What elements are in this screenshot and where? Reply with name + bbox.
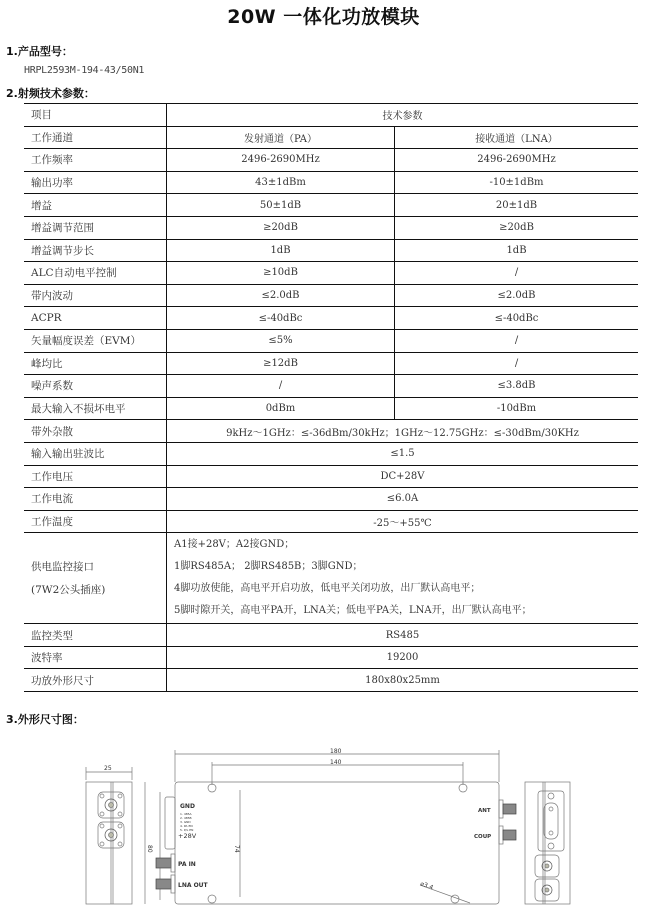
row-pa-value: 50±1dB bbox=[167, 194, 395, 217]
row-label: 输入输出驻波比 bbox=[24, 442, 167, 465]
port-label-ant: ANT bbox=[478, 808, 491, 814]
row-lna-value: 2496-2690MHz bbox=[395, 149, 639, 172]
row-lna-value: 20±1dB bbox=[395, 194, 639, 217]
row-lna-value: ≤2.0dB bbox=[395, 284, 639, 307]
row-pa-value: ≤5% bbox=[167, 329, 395, 352]
table-row-merged: 监控类型RS485 bbox=[24, 624, 638, 647]
port-label-coup: COUP bbox=[474, 834, 491, 840]
header-item: 项目 bbox=[24, 104, 167, 127]
row-label: 工作电流 bbox=[24, 488, 167, 511]
pin-label-gnd: GND bbox=[180, 803, 195, 810]
table-row: 增益调节步长1dB1dB bbox=[24, 239, 638, 262]
dim-height: 80 bbox=[146, 845, 153, 853]
dim-depth: 25 bbox=[104, 765, 112, 772]
product-model-number: HRPL2593M-194-43/50N1 bbox=[24, 65, 144, 76]
interface-label-cell: 供电监控接口 (7W2公头插座) bbox=[24, 533, 167, 624]
db-connector-icon bbox=[538, 791, 564, 851]
row-value: 9kHz～1GHz：≤-36dBm/30kHz；1GHz～12.75GHz：≤-… bbox=[167, 420, 639, 443]
section-heading-model: 1.产品型号： bbox=[6, 43, 73, 59]
table-row: 矢量幅度误差（EVM）≤5%/ bbox=[24, 329, 638, 352]
row-lna-value: -10±1dBm bbox=[395, 171, 639, 194]
row-label: ALC自动电平控制 bbox=[24, 262, 167, 285]
interface-line: 4脚功放使能，高电平开启功放，低电平关闭功放，出厂默认高电平； bbox=[174, 578, 631, 600]
row-label: 功放外形尺寸 bbox=[24, 669, 167, 692]
table-row-merged: 带外杂散9kHz～1GHz：≤-36dBm/30kHz；1GHz～12.75GH… bbox=[24, 420, 638, 443]
table-row: 输出功率43±1dBm-10±1dBm bbox=[24, 171, 638, 194]
row-lna-value: / bbox=[395, 329, 639, 352]
channel-row: 工作通道 发射通道（PA） 接收通道（LNA） bbox=[24, 126, 638, 149]
table-row-merged: 工作温度-25～+55℃ bbox=[24, 510, 638, 533]
row-value: DC+28V bbox=[167, 465, 639, 488]
interface-line: 5脚时隙开关，高电平PA开，LNA关；低电平PA关，LNA开，出厂默认高电平； bbox=[174, 600, 631, 622]
row-pa-value: / bbox=[167, 375, 395, 398]
channel-lna: 接收通道（LNA） bbox=[395, 126, 639, 149]
table-row: 增益50±1dB20±1dB bbox=[24, 194, 638, 217]
table-row-merged: 功放外形尺寸180x80x25mm bbox=[24, 669, 638, 692]
row-pa-value: 2496-2690MHz bbox=[167, 149, 395, 172]
sma-connector-icon bbox=[535, 879, 559, 901]
side-view-right bbox=[525, 782, 570, 904]
table-row: 增益调节范围≥20dB≥20dB bbox=[24, 216, 638, 239]
dim-hole-diameter: ⌀3.4 bbox=[419, 880, 434, 891]
top-view-main bbox=[156, 750, 516, 904]
section-heading-drawing: 3.外形尺寸图： bbox=[6, 711, 84, 727]
row-value: ≤1.5 bbox=[167, 442, 639, 465]
row-label: 工作温度 bbox=[24, 510, 167, 533]
table-row: 带内波动≤2.0dB≤2.0dB bbox=[24, 284, 638, 307]
table-row: ACPR≤-40dBc≤-40dBc bbox=[24, 307, 638, 330]
table-row-merged: 工作电压DC+28V bbox=[24, 465, 638, 488]
document-title: 20W 一体化功放模块 bbox=[0, 2, 647, 29]
row-label: ACPR bbox=[24, 307, 167, 330]
row-lna-value: ≥20dB bbox=[395, 216, 639, 239]
row-label: 增益 bbox=[24, 194, 167, 217]
port-label-pa-in: PA IN bbox=[178, 861, 196, 868]
interface-description: A1接+28V；A2接GND； 1脚RS485A； 2脚RS485B；3脚GND… bbox=[167, 533, 639, 624]
interface-line: A1接+28V；A2接GND； bbox=[174, 534, 631, 556]
interface-label: 供电监控接口 bbox=[31, 561, 94, 573]
interface-row: 供电监控接口 (7W2公头插座) A1接+28V；A2接GND； 1脚RS485… bbox=[24, 533, 638, 624]
row-value: -25～+55℃ bbox=[167, 510, 639, 533]
dim-total-width: 180 bbox=[330, 748, 342, 755]
row-label: 矢量幅度误差（EVM） bbox=[24, 329, 167, 352]
row-label: 带外杂散 bbox=[24, 420, 167, 443]
table-row-merged: 工作电流≤6.0A bbox=[24, 488, 638, 511]
table-row-merged: 输入输出驻波比≤1.5 bbox=[24, 442, 638, 465]
section-heading-rf-params: 2.射频技术参数： bbox=[6, 85, 95, 101]
channel-label: 工作通道 bbox=[24, 126, 167, 149]
row-pa-value: ≥20dB bbox=[167, 216, 395, 239]
row-value: ≤6.0A bbox=[167, 488, 639, 511]
channel-pa: 发射通道（PA） bbox=[167, 126, 395, 149]
row-lna-value: ≤-40dBc bbox=[395, 307, 639, 330]
row-pa-value: 0dBm bbox=[167, 397, 395, 420]
row-label: 最大输入不损坏电平 bbox=[24, 397, 167, 420]
sma-connector-icon bbox=[535, 855, 559, 877]
outline-dimension-drawing: 25 180 140 80 74 ⌀3.4 GND 1. 485A 2. 485… bbox=[0, 745, 647, 922]
row-pa-value: 43±1dBm bbox=[167, 171, 395, 194]
table-row-merged: 波特率19200 bbox=[24, 646, 638, 669]
row-pa-value: 1dB bbox=[167, 239, 395, 262]
row-label: 增益调节步长 bbox=[24, 239, 167, 262]
row-lna-value: 1dB bbox=[395, 239, 639, 262]
row-label: 峰均比 bbox=[24, 352, 167, 375]
row-label: 增益调节范围 bbox=[24, 216, 167, 239]
row-pa-value: ≤-40dBc bbox=[167, 307, 395, 330]
interface-line: 1脚RS485A； 2脚RS485B；3脚GND； bbox=[174, 556, 631, 578]
row-lna-value: -10dBm bbox=[395, 397, 639, 420]
row-lna-value: ≤3.8dB bbox=[395, 375, 639, 398]
row-lna-value: / bbox=[395, 352, 639, 375]
table-row: 最大输入不损坏电平0dBm-10dBm bbox=[24, 397, 638, 420]
header-params: 技术参数 bbox=[167, 104, 639, 127]
dim-hole-spacing: 140 bbox=[330, 759, 342, 766]
row-label: 输出功率 bbox=[24, 171, 167, 194]
row-pa-value: ≤2.0dB bbox=[167, 284, 395, 307]
row-value: 19200 bbox=[167, 646, 639, 669]
interface-sublabel: (7W2公头插座) bbox=[31, 582, 159, 597]
rf-spec-table: 项目 技术参数 工作通道 发射通道（PA） 接收通道（LNA） 工作频率2496… bbox=[24, 103, 638, 692]
row-value: RS485 bbox=[167, 624, 639, 647]
row-label: 噪声系数 bbox=[24, 375, 167, 398]
row-pa-value: ≥10dB bbox=[167, 262, 395, 285]
table-row: 噪声系数/≤3.8dB bbox=[24, 375, 638, 398]
row-label: 监控类型 bbox=[24, 624, 167, 647]
port-label-lna-out: LNA OUT bbox=[178, 882, 209, 889]
row-label: 带内波动 bbox=[24, 284, 167, 307]
row-pa-value: ≥12dB bbox=[167, 352, 395, 375]
table-row: ALC自动电平控制≥10dB/ bbox=[24, 262, 638, 285]
table-row: 峰均比≥12dB/ bbox=[24, 352, 638, 375]
table-header-row: 项目 技术参数 bbox=[24, 104, 638, 127]
row-label: 波特率 bbox=[24, 646, 167, 669]
row-value: 180x80x25mm bbox=[167, 669, 639, 692]
dim-inner-height: 74 bbox=[233, 845, 240, 853]
row-lna-value: / bbox=[395, 262, 639, 285]
row-label: 工作频率 bbox=[24, 149, 167, 172]
pin-label-28v: +28V bbox=[178, 832, 197, 840]
table-row: 工作频率2496-2690MHz2496-2690MHz bbox=[24, 149, 638, 172]
row-label: 工作电压 bbox=[24, 465, 167, 488]
side-view-left bbox=[86, 767, 145, 904]
